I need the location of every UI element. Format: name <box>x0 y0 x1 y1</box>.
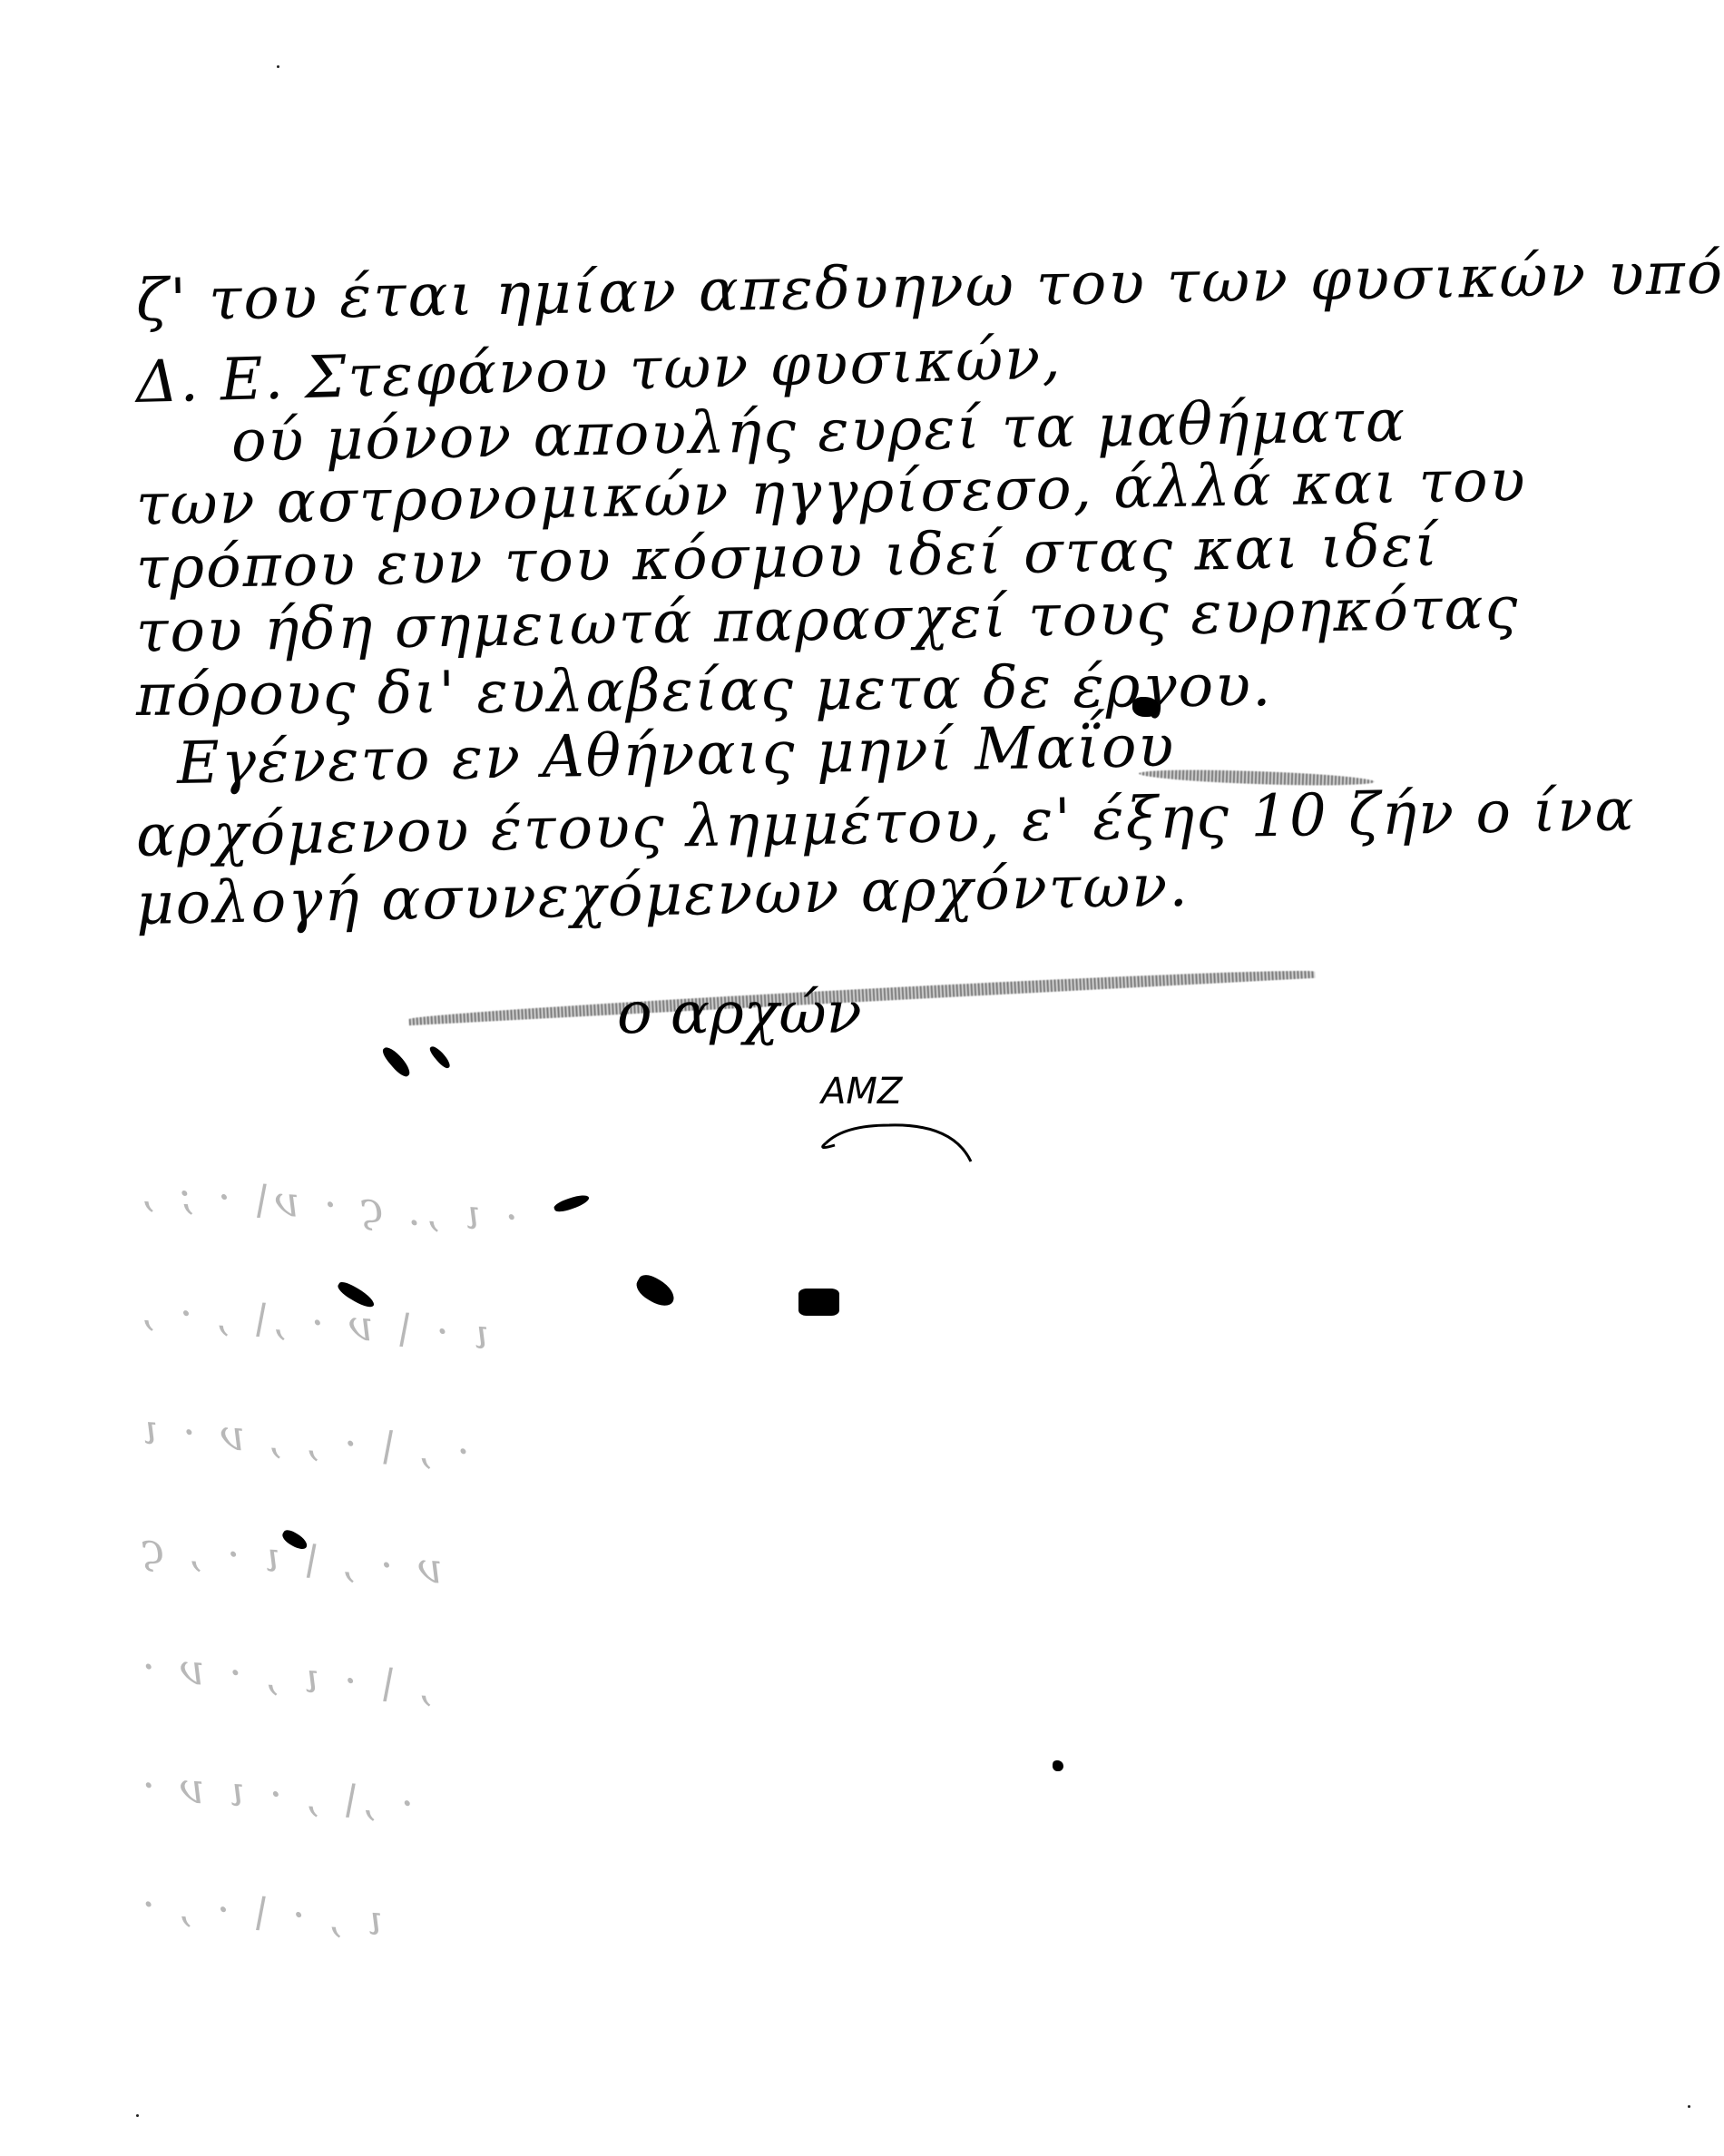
ink-blot <box>632 1270 679 1310</box>
ink-blot <box>428 1044 453 1070</box>
bleed-through-row: ι · \ ν · ,\ , · , <box>135 1285 492 1358</box>
paper-speck <box>277 65 279 68</box>
bleed-through-row: , \ · ι , · ν · <box>135 1641 435 1711</box>
ink-blot <box>380 1044 413 1080</box>
bleed-through-row: · ι ,. ς · ν\ · ; , <box>135 1166 520 1241</box>
bleed-through-row: ν · , \ ι · , ς <box>135 1523 445 1592</box>
bleed-through-row: · ,\ , · ι ν · <box>134 1759 415 1828</box>
text-line-8: Εγένετο εν Αθήναις μηνί Μαΐου <box>176 718 1175 793</box>
manuscript-page: ζ' του έται ημίαν απεδυηνω του των φυσικ… <box>0 0 1724 2156</box>
ink-blot <box>798 1289 839 1316</box>
signature-flourish-icon <box>817 1107 998 1180</box>
paper-speck <box>136 2114 139 2117</box>
paper-speck <box>1688 2105 1690 2108</box>
pencil-arc-stroke <box>408 965 1315 1025</box>
text-line-10: μολογή ασυνεχόμενων αρχόντων. <box>135 857 1190 934</box>
bleed-through-row: ι , · \ · , · <box>134 1879 384 1945</box>
ink-blot <box>1132 697 1160 717</box>
text-line-1: ζ' του έται ημίαν απεδυηνω του των φυσικ… <box>135 244 1724 330</box>
ink-blot <box>1053 1760 1063 1771</box>
closing-text: ο αρχών <box>617 980 862 1047</box>
bleed-through-row: · , \ · , , ν · ι <box>135 1404 472 1476</box>
ink-blot <box>553 1192 591 1215</box>
